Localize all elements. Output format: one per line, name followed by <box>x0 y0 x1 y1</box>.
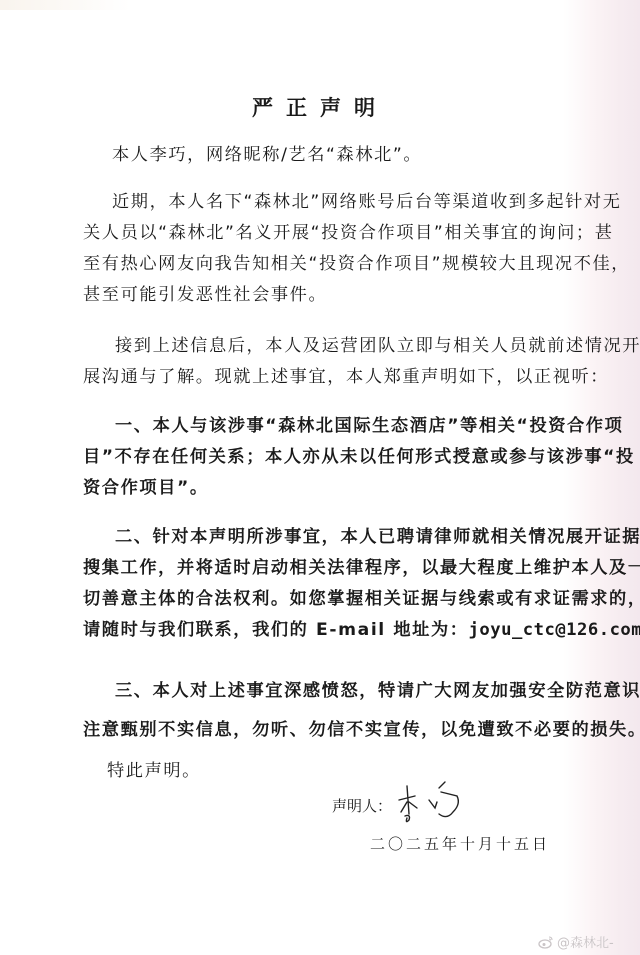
point3-line-2: 注意甄别不实信息，勿听、勿信不实宣传，以免遭致不必要的损失。 <box>83 715 640 740</box>
handwritten-signature <box>395 778 465 826</box>
document-page: 严正声明 本人李巧，网络昵称/艺名“森林北”。 近期，本人名下“森林北”网络账号… <box>0 0 640 955</box>
point2-line-3: 切善意主体的合法权利。如您掌握相关证据与线索或有求证需求的， <box>83 584 640 609</box>
email-address[interactable]: joyu_ctc@126.com <box>469 620 640 640</box>
signer-label: 声明人： <box>332 795 392 816</box>
point1-line-2: 目”不存在任何关系；本人亦从未以任何形式授意或参与该涉事“投 <box>83 442 635 467</box>
scan-artifact <box>0 0 130 10</box>
response-line-1: 接到上述信息后，本人及运营团队立即与相关人员就前述情况开 <box>115 331 640 356</box>
response-line-2: 展沟通与了解。现就上述事宜，本人郑重声明如下，以正视听： <box>83 362 609 387</box>
watermark-handle: @森林北- <box>557 932 614 951</box>
background-line-2: 关人员以“森林北”名义开展“投资合作项目”相关事宜的询问；甚 <box>83 218 614 243</box>
declaration-date: 二〇二五年十月十五日 <box>370 833 550 854</box>
intro-line: 本人李巧，网络昵称/艺名“森林北”。 <box>112 140 422 165</box>
contact-label: 请随时与我们联系，我们的 E-mail 地址为： <box>83 620 469 640</box>
background-line-4: 甚至可能引发恶性社会事件。 <box>83 280 327 305</box>
point2-line-1: 二、针对本声明所涉事宜，本人已聘请律师就相关情况展开证据 <box>115 522 640 547</box>
point1-line-3: 资合作项目”。 <box>83 473 209 498</box>
background-line-1: 近期，本人名下“森林北”网络账号后台等渠道收到多起针对无 <box>112 187 622 212</box>
point2-line-2: 搜集工作，并将适时启动相关法律程序，以最大程度上维护本人及一 <box>83 553 640 578</box>
point1-line-1: 一、本人与该涉事“森林北国际生态酒店”等相关“投资合作项 <box>115 411 623 436</box>
background-line-3: 至有热心网友向我告知相关“投资合作项目”规模较大且现况不佳， <box>83 249 630 274</box>
weibo-watermark: @森林北- <box>538 932 614 951</box>
document-title: 严正声明 <box>0 92 640 122</box>
point3-line-1: 三、本人对上述事宜深感愤怒，特请广大网友加强安全防范意识， <box>115 676 640 701</box>
point2-line-4: 请随时与我们联系，我们的 E-mail 地址为：joyu_ctc@126.com <box>83 615 640 640</box>
closing-line: 特此声明。 <box>107 756 201 781</box>
weibo-icon <box>538 935 554 949</box>
